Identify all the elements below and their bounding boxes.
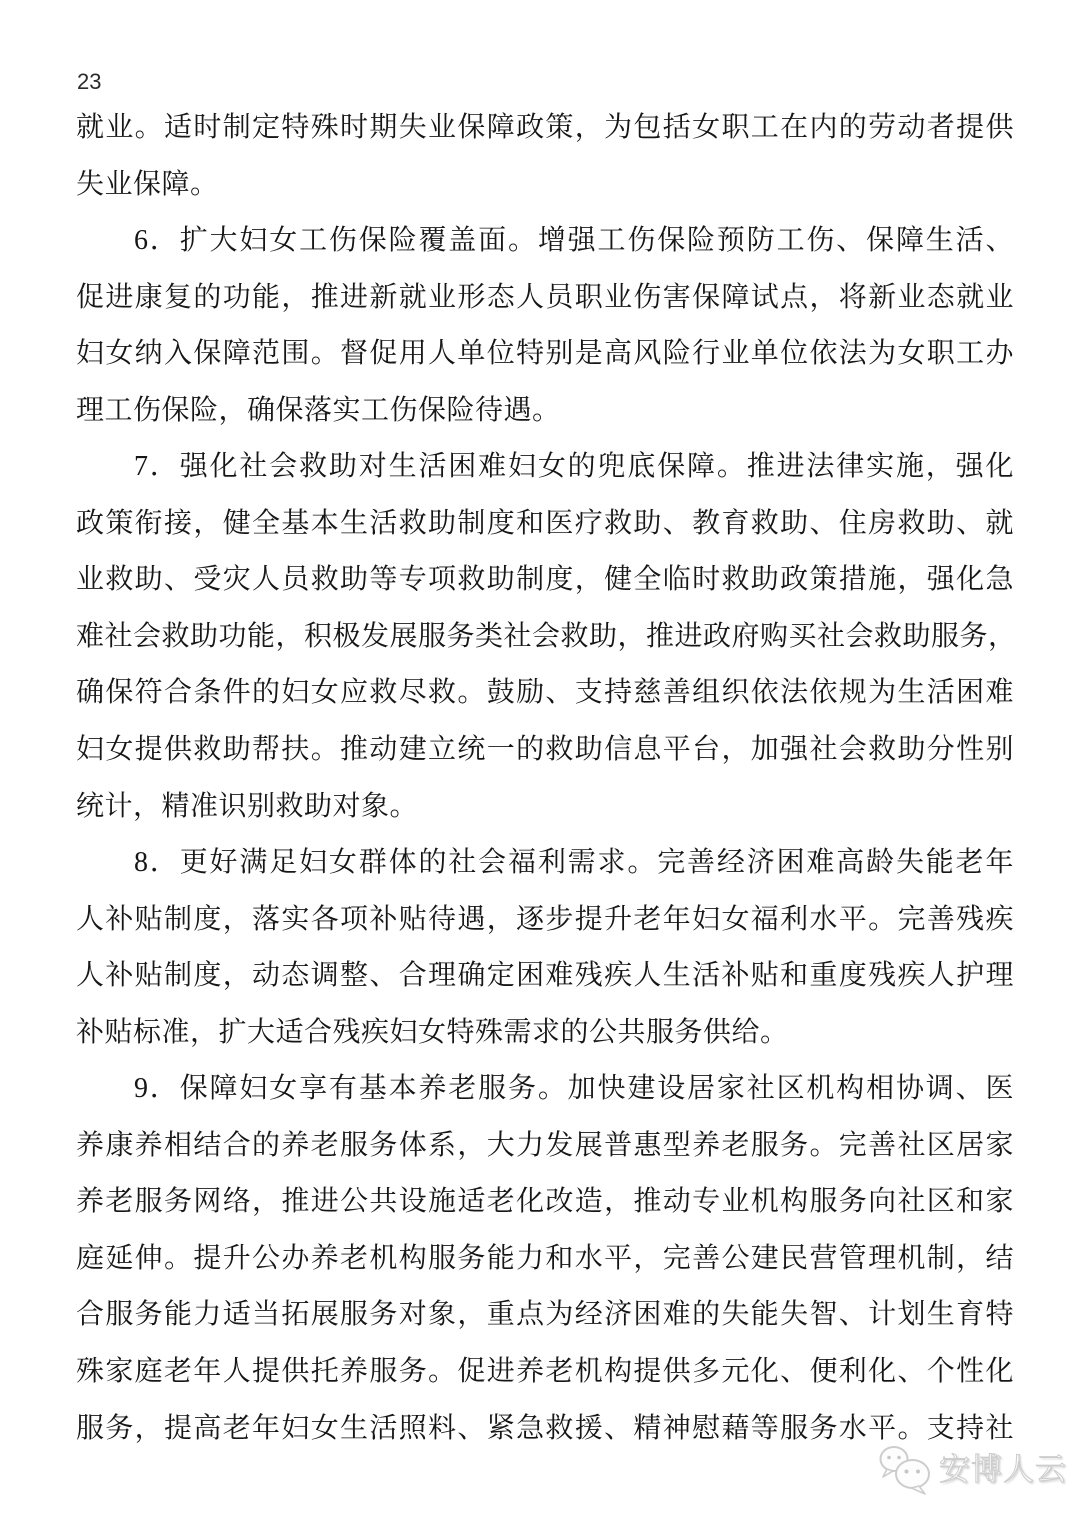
text-line: 补贴标准，扩大适合残疾妇女特殊需求的公共服务供给。 (76, 1005, 1014, 1062)
text-line: 8．更好满足妇女群体的社会福利需求。完善经济困难高龄失能老年 (76, 835, 1014, 892)
text-line: 养老服务网络，推进公共设施适老化改造，推动专业机构服务向社区和家 (76, 1174, 1014, 1231)
text-line: 人补贴制度，落实各项补贴待遇，逐步提升老年妇女福利水平。完善残疾 (76, 892, 1014, 949)
text-line: 确保符合条件的妇女应救尽救。鼓励、支持慈善组织依法依规为生活困难 (76, 665, 1014, 722)
text-line: 养康养相结合的养老服务体系，大力发展普惠型养老服务。完善社区居家 (76, 1118, 1014, 1175)
wechat-icon (878, 1444, 932, 1496)
text-line: 统计，精准识别救助对象。 (76, 779, 1014, 836)
text-line: 合服务能力适当拓展服务对象，重点为经济困难的失能失智、计划生育特 (76, 1287, 1014, 1344)
text-line: 失业保障。 (76, 157, 1014, 214)
text-line: 理工伤保险，确保落实工伤保险待遇。 (76, 383, 1014, 440)
text-line: 业救助、受灾人员救助等专项救助制度，健全临时救助政策措施，强化急 (76, 552, 1014, 609)
text-line: 6．扩大妇女工伤保险覆盖面。增强工伤保险预防工伤、保障生活、 (76, 213, 1014, 270)
text-line: 庭延伸。提升公办养老机构服务能力和水平，完善公建民营管理机制，结 (76, 1231, 1014, 1288)
document-body: 就业。适时制定特殊时期失业保障政策，为包括女职工在内的劳动者提供失业保障。6．扩… (76, 100, 1014, 1457)
text-line: 殊家庭老年人提供托养服务。促进养老机构提供多元化、便利化、个性化 (76, 1344, 1014, 1401)
text-line: 服务，提高老年妇女生活照料、紧急救援、精神慰藉等服务水平。支持社 (76, 1401, 1014, 1458)
text-line: 政策衔接，健全基本生活救助制度和医疗救助、教育救助、住房救助、就 (76, 496, 1014, 553)
document-page: 23 就业。适时制定特殊时期失业保障政策，为包括女职工在内的劳动者提供失业保障。… (0, 0, 1080, 1527)
text-line: 7．强化社会救助对生活困难妇女的兜底保障。推进法律实施，强化 (76, 439, 1014, 496)
text-line: 就业。适时制定特殊时期失业保障政策，为包括女职工在内的劳动者提供 (76, 100, 1014, 157)
text-line: 人补贴制度，动态调整、合理确定困难残疾人生活补贴和重度残疾人护理 (76, 948, 1014, 1005)
watermark: 安博人云 (878, 1444, 1067, 1496)
text-line: 9．保障妇女享有基本养老服务。加快建设居家社区机构相协调、医 (76, 1061, 1014, 1118)
text-line: 妇女纳入保障范围。督促用人单位特别是高风险行业单位依法为女职工办 (76, 326, 1014, 383)
page-number: 23 (77, 70, 101, 94)
watermark-label: 安博人云 (939, 1444, 1067, 1496)
text-line: 难社会救助功能，积极发展服务类社会救助，推进政府购买社会救助服务， (76, 609, 1014, 666)
text-line: 妇女提供救助帮扶。推动建立统一的救助信息平台，加强社会救助分性别 (76, 722, 1014, 779)
text-line: 促进康复的功能，推进新就业形态人员职业伤害保障试点，将新业态就业 (76, 270, 1014, 327)
